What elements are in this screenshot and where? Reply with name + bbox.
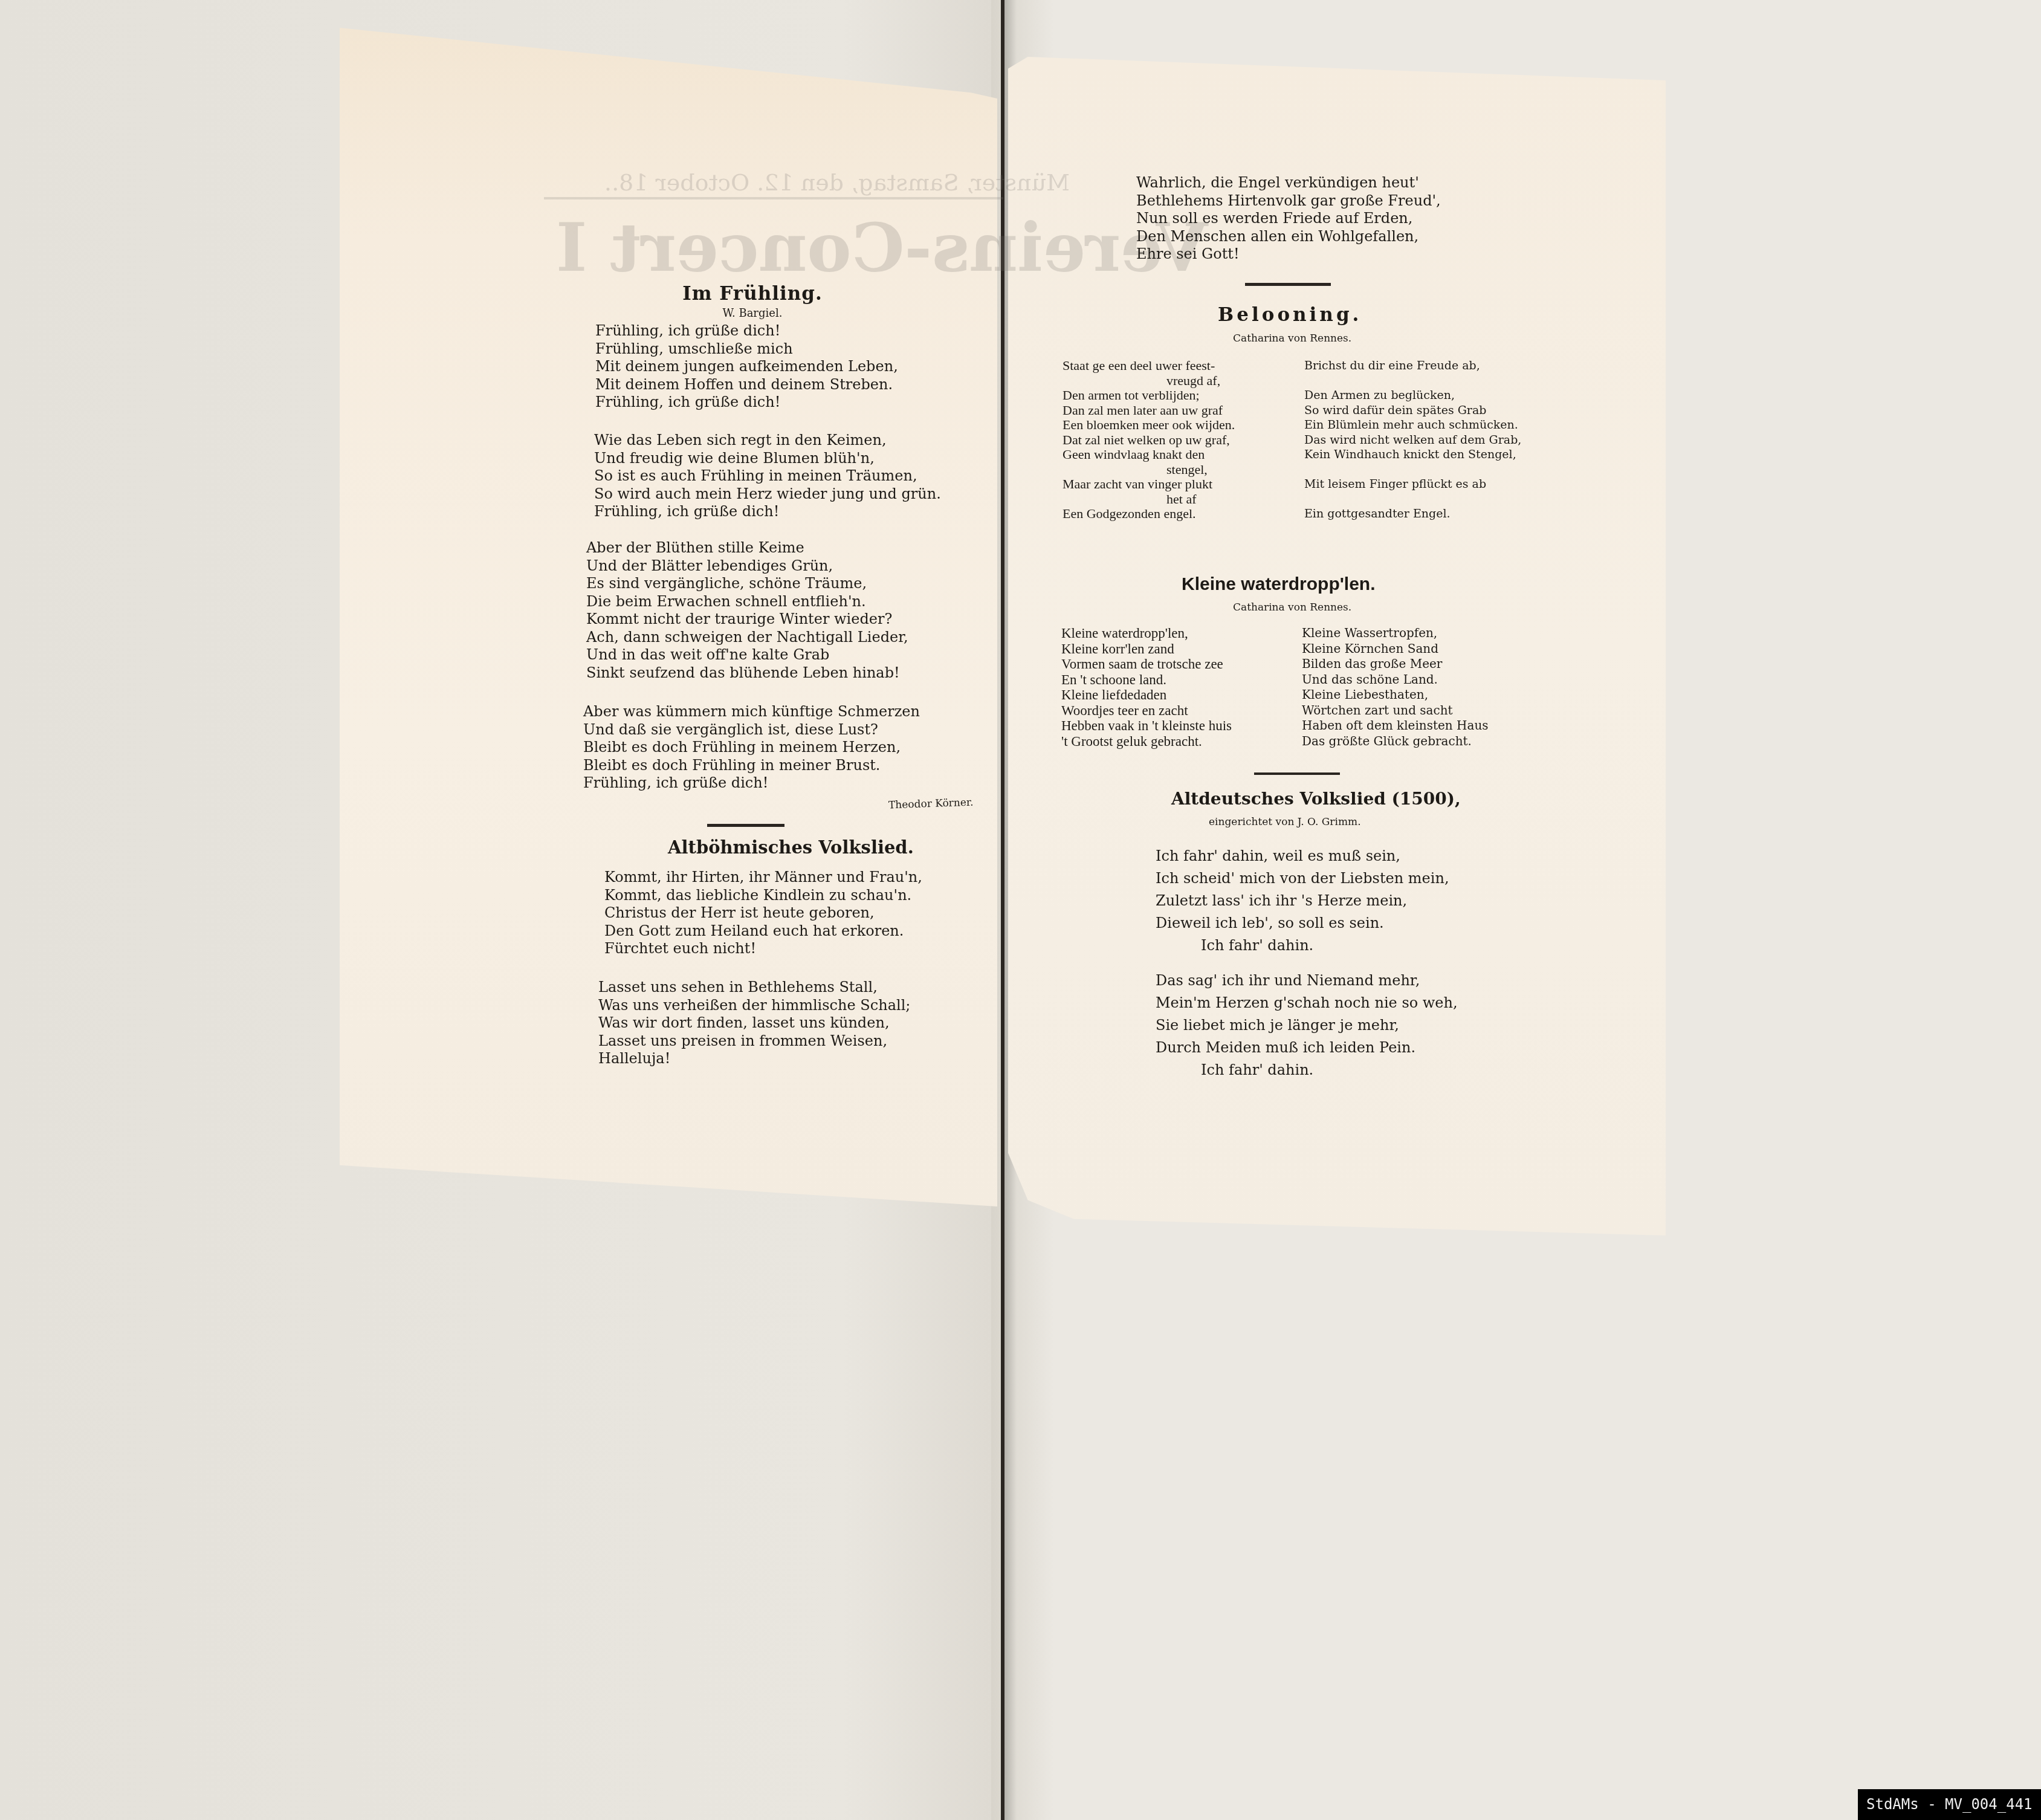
verse-line: Dieweil ich leb', so soll es sein. — [1156, 912, 1449, 934]
verse-line — [1304, 462, 1522, 478]
verse-line — [1304, 374, 1522, 389]
archive-watermark: StdAMs - MV_004_441 — [1858, 1789, 2041, 1820]
verse-line: Bethlehems Hirtenvolk gar große Freud', — [1136, 192, 1441, 210]
show-through-title: Vereins-Concert I — [556, 209, 1208, 287]
section-divider — [1245, 283, 1331, 286]
show-through-rule — [544, 197, 1003, 199]
poem-title: Altböhmisches Volkslied. — [668, 837, 914, 858]
verse-line: Und der Blätter lebendiges Grün, — [586, 557, 908, 575]
poem-arranger: eingerichtet von J. O. Grimm. — [1209, 816, 1361, 828]
verse-line: Ehre sei Gott! — [1136, 245, 1441, 264]
verse-line: Was uns verheißen der himmlische Schall; — [598, 997, 910, 1015]
dutch-column: Staat ge een deel uwer feest- vreugd af,… — [1063, 358, 1299, 522]
poem-title: Belooning. — [1218, 304, 1362, 326]
verse-line: vreugd af, — [1063, 374, 1299, 389]
verse-line: Frühling, ich grüße dich! — [595, 322, 898, 340]
german-column: Kleine Wassertropfen, Kleine Körnchen Sa… — [1302, 626, 1532, 749]
verse-line: Wahrlich, die Engel verkündigen heut' — [1136, 174, 1441, 192]
verse-line: Kleine Körnchen Sand — [1302, 641, 1532, 657]
stanza: Frühling, ich grüße dich! Frühling, umsc… — [595, 322, 898, 412]
show-through-header: Münster, Samstag, den 12. October 18.. — [604, 169, 1070, 196]
verse-line: Was wir dort finden, lasset uns künden, — [598, 1014, 910, 1032]
verse-line: Kein Windhauch knickt den Stengel, — [1304, 447, 1522, 462]
verse-line: Aber der Blüthen stille Keime — [586, 539, 908, 557]
verse-line — [1304, 492, 1522, 507]
stanza: Kommt, ihr Hirten, ihr Männer und Frau'n… — [604, 869, 922, 958]
verse-line: Halleluja! — [598, 1050, 910, 1068]
verse-line: Zuletzt lass' ich ihr 's Herze mein, — [1156, 890, 1449, 912]
verse-line: Nun soll es werden Friede auf Erden, — [1136, 210, 1441, 228]
verse-line: Lasset uns sehen in Bethlehems Stall, — [598, 979, 910, 997]
verse-line: Sie liebet mich je länger je mehr, — [1156, 1014, 1458, 1037]
refrain-line: Ich fahr' dahin. — [1156, 934, 1449, 957]
verse-line: Aber was kümmern mich künftige Schmerzen — [583, 703, 920, 721]
verse-line: 't Grootst geluk gebracht. — [1061, 734, 1298, 750]
verse-line: Kleine Wassertropfen, — [1302, 626, 1532, 641]
verse-line: Christus der Herr ist heute geboren, — [604, 904, 922, 922]
stanza: Lasset uns sehen in Bethlehems Stall, Wa… — [598, 979, 910, 1068]
bilingual-verse: Staat ge een deel uwer feest- vreugd af,… — [1063, 358, 1522, 522]
verse-line: Haben oft dem kleinsten Haus — [1302, 718, 1532, 734]
german-column: Brichst du dir eine Freude ab, Den Armen… — [1304, 358, 1522, 522]
verse-line: Mit deinem jungen aufkeimenden Leben, — [595, 358, 898, 376]
dutch-column: Kleine waterdropp'len, Kleine korr'len z… — [1061, 626, 1298, 749]
verse-line: Bleibt es doch Frühling in meinem Herzen… — [583, 739, 920, 757]
verse-line: Frühling, ich grüße dich! — [583, 774, 920, 792]
verse-line: Frühling, ich grüße dich! — [594, 503, 941, 521]
verse-line: Bleibt es doch Frühling in meiner Brust. — [583, 757, 920, 775]
verse-line: Kleine waterdropp'len, — [1061, 626, 1298, 641]
verse-line: Brichst du dir eine Freude ab, — [1304, 358, 1522, 374]
poem-title: Im Frühling. — [595, 283, 910, 305]
verse-line: Lasset uns preisen in frommen Weisen, — [598, 1032, 910, 1051]
verse-line: Maar zacht van vinger plukt — [1063, 477, 1299, 492]
section-divider — [707, 824, 784, 827]
verse-line: So ist es auch Frühling in meinen Träume… — [594, 467, 941, 485]
verse-line: Das sag' ich ihr und Niemand mehr, — [1156, 970, 1458, 992]
verse-line: het af — [1063, 492, 1299, 507]
stanza: Aber der Blüthen stille Keime Und der Bl… — [586, 539, 908, 682]
verse-line: Woordjes teer en zacht — [1061, 703, 1298, 719]
verse-line: So wird auch mein Herz wieder jung und g… — [594, 485, 941, 504]
verse-line: Geen windvlaag knakt den — [1063, 447, 1299, 462]
verse-line: Den armen tot verblijden; — [1063, 388, 1299, 403]
verse-line: Und freudig wie deine Blumen blüh'n, — [594, 450, 941, 468]
verse-line: Das wird nicht welken auf dem Grab, — [1304, 433, 1522, 448]
verse-line: Wörtchen zart und sacht — [1302, 703, 1532, 719]
verse-line: Kleine liefdedaden — [1061, 687, 1298, 703]
verse-line: Mein'm Herzen g'schah noch nie so weh, — [1156, 992, 1458, 1014]
stanza: Aber was kümmern mich künftige Schmerzen… — [583, 703, 920, 792]
verse-line: Ach, dann schweigen der Nachtigall Liede… — [586, 629, 908, 647]
verse-line: Staat ge een deel uwer feest- — [1063, 358, 1299, 374]
verse-line: Sinkt seufzend das blühende Leben hinab! — [586, 664, 908, 682]
verse-line: Die beim Erwachen schnell entflieh'n. — [586, 593, 908, 611]
verse-line: Das größte Glück gebracht. — [1302, 734, 1532, 750]
stanza: Wie das Leben sich regt in den Keimen, U… — [594, 432, 941, 521]
verse-line: Durch Meiden muß ich leiden Pein. — [1156, 1037, 1458, 1059]
stanza: Wahrlich, die Engel verkündigen heut' Be… — [1136, 174, 1441, 264]
stanza: Das sag' ich ihr und Niemand mehr, Mein'… — [1156, 970, 1458, 1081]
poem-composer: Catharina von Rennes. — [1233, 601, 1351, 614]
verse-line: Und das schöne Land. — [1302, 672, 1532, 688]
verse-line: Een bloemken meer ook wijden. — [1063, 418, 1299, 433]
verse-line: Es sind vergängliche, schöne Träume, — [586, 575, 908, 593]
poem-title: Kleine waterdropp'len. — [1182, 574, 1376, 595]
section-divider — [1254, 772, 1340, 775]
verse-line: Mit leisem Finger pflückt es ab — [1304, 477, 1522, 492]
poem-title: Altdeutsches Volkslied (1500), — [1171, 789, 1461, 809]
verse-line: Kommt, das liebliche Kindlein zu schau'n… — [604, 887, 922, 905]
verse-line: Und daß sie vergänglich ist, diese Lust? — [583, 721, 920, 739]
verse-line: So wird dafür dein spätes Grab — [1304, 403, 1522, 418]
verse-line: Ich fahr' dahin, weil es muß sein, — [1156, 845, 1449, 867]
bilingual-verse: Kleine waterdropp'len, Kleine korr'len z… — [1061, 626, 1532, 749]
verse-line: En 't schoone land. — [1061, 672, 1298, 688]
verse-line: Vormen saam de trotsche zee — [1061, 656, 1298, 672]
poem-composer: Catharina von Rennes. — [1233, 332, 1351, 345]
verse-line: Een Godgezonden engel. — [1063, 507, 1299, 522]
verse-line: Bilden das große Meer — [1302, 656, 1532, 672]
verse-line: stengel, — [1063, 462, 1299, 478]
verse-line: Hebben vaak in 't kleinste huis — [1061, 718, 1298, 734]
verse-line: Den Armen zu beglücken, — [1304, 388, 1522, 403]
verse-line: Wie das Leben sich regt in den Keimen, — [594, 432, 941, 450]
verse-line: Kleine korr'len zand — [1061, 641, 1298, 657]
refrain-line: Ich fahr' dahin. — [1156, 1059, 1458, 1081]
verse-line: Und in das weit off'ne kalte Grab — [586, 646, 908, 664]
verse-line: Mit deinem Hoffen und deinem Streben. — [595, 376, 898, 394]
stanza: Ich fahr' dahin, weil es muß sein, Ich s… — [1156, 845, 1449, 957]
poem-header-im-fruehling: Im Frühling. W. Bargiel. — [595, 283, 910, 320]
verse-line: Frühling, ich grüße dich! — [595, 393, 898, 412]
verse-line: Dan zal men later aan uw graf — [1063, 403, 1299, 418]
verse-line: Kleine Liebesthaten, — [1302, 687, 1532, 703]
verse-line: Kommt, ihr Hirten, ihr Männer und Frau'n… — [604, 869, 922, 887]
verse-line: Ein gottgesandter Engel. — [1304, 507, 1522, 522]
verse-line: Fürchtet euch nicht! — [604, 940, 922, 958]
verse-line: Den Menschen allen ein Wohlgefallen, — [1136, 228, 1441, 246]
verse-line: Dat zal niet welken op uw graf, — [1063, 433, 1299, 448]
verse-line: Frühling, umschließe mich — [595, 340, 898, 358]
verse-line: Kommt nicht der traurige Winter wieder? — [586, 610, 908, 629]
verse-line: Ich scheid' mich von der Liebsten mein, — [1156, 867, 1449, 890]
verse-line: Den Gott zum Heiland euch hat erkoren. — [604, 922, 922, 941]
poem-composer: W. Bargiel. — [595, 307, 910, 320]
verse-line: Ein Blümlein mehr auch schmücken. — [1304, 418, 1522, 433]
